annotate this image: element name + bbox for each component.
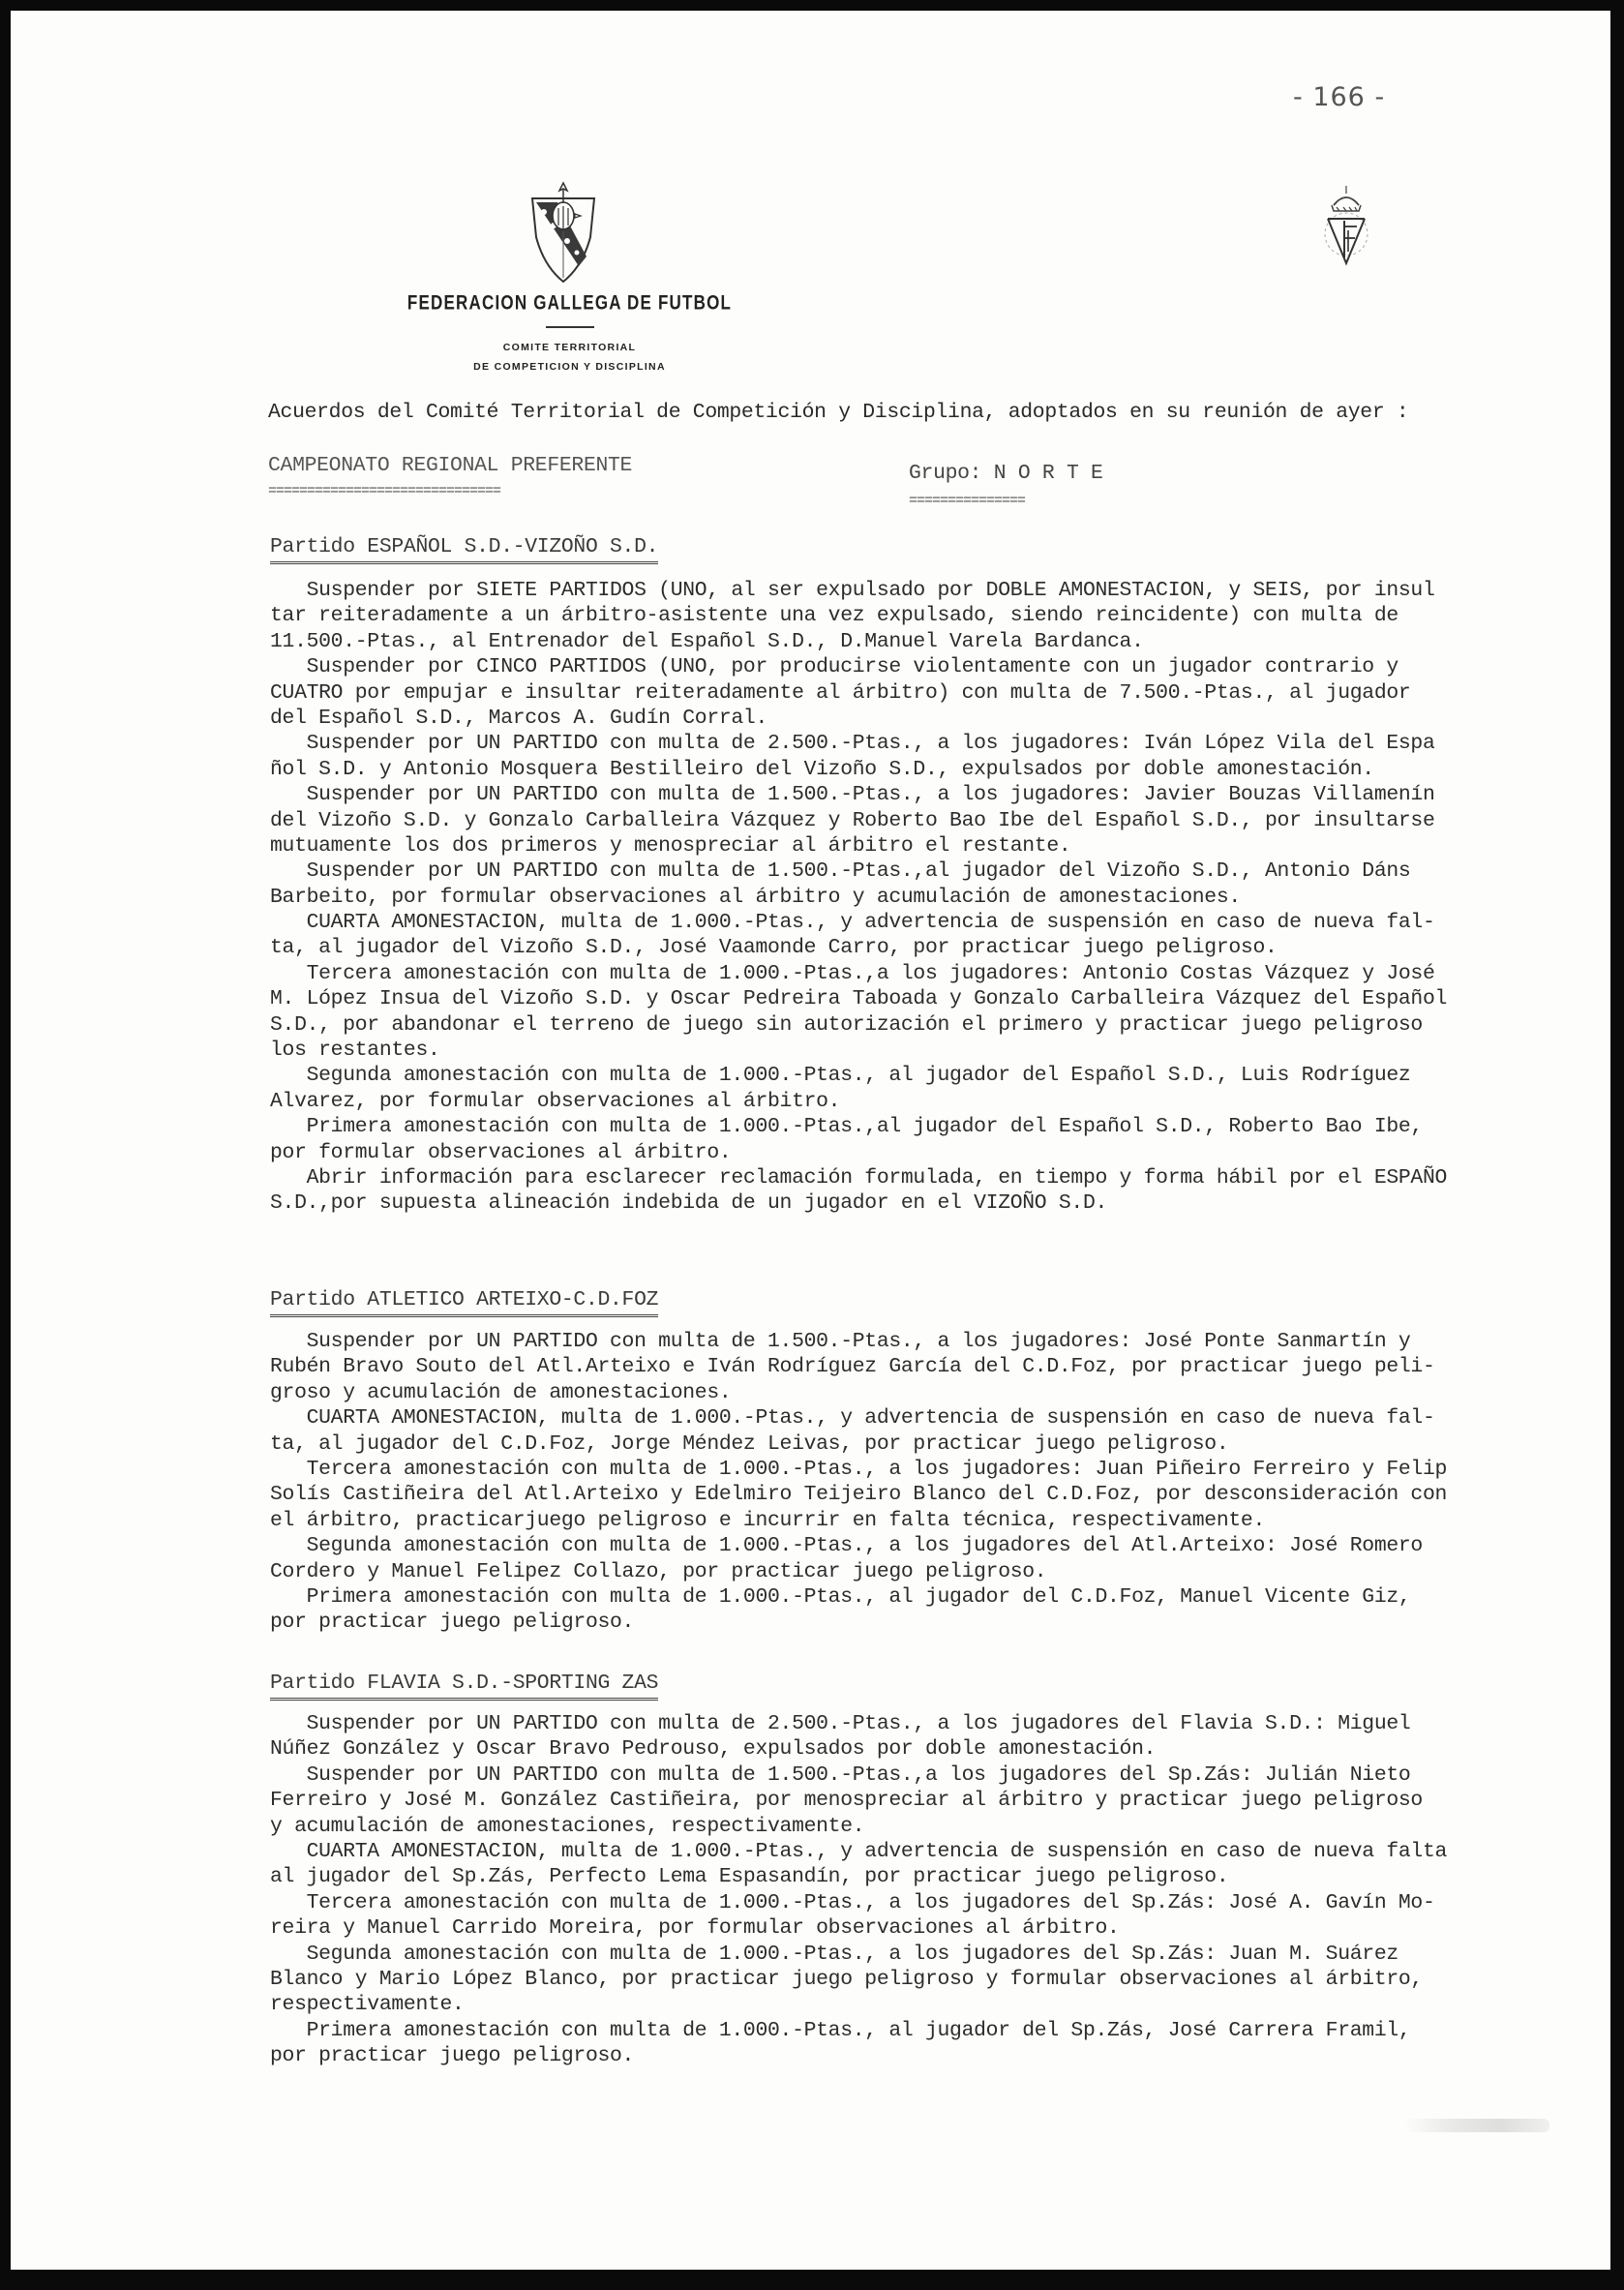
text-line: CUARTA AMONESTACION, multa de 1.000.-Pta…	[270, 1405, 1581, 1431]
text-line: Solís Castiñeira del Atl.Arteixo y Edelm…	[270, 1482, 1581, 1507]
intro-statement: Acuerdos del Comité Territorial de Compe…	[268, 401, 1408, 424]
text-line: Suspender por UN PARTIDO con multa de 2.…	[270, 731, 1581, 756]
federation-name: FEDERACION GALLEGA DE FUTBOL	[398, 291, 741, 316]
text-line: CUARTA AMONESTACION, multa de 1.000.-Pta…	[270, 910, 1581, 935]
letterhead-divider	[546, 326, 594, 328]
text-line: por formular observaciones al árbitro.	[270, 1140, 1581, 1165]
text-line: Núñez González y Oscar Bravo Pedrouso, e…	[270, 1736, 1581, 1762]
text-line: Segunda amonestación con multa de 1.000.…	[270, 1063, 1581, 1088]
text-line: por practicar juego peligroso.	[270, 1610, 1581, 1635]
match-title: Partido ATLETICO ARTEIXO-C.D.FOZ	[270, 1288, 658, 1317]
text-line: S.D.,por supuesta alineación indebida de…	[270, 1190, 1581, 1216]
text-line: Alvarez, por formular observaciones al á…	[270, 1089, 1581, 1114]
text-line: del Vizoño S.D. y Gonzalo Carballeira Vá…	[270, 808, 1581, 833]
text-line: del Español S.D., Marcos A. Gudín Corral…	[270, 706, 1581, 731]
text-line: S.D., por abandonar el terreno de juego …	[270, 1012, 1581, 1038]
text-line: Suspender por UN PARTIDO con multa de 1.…	[270, 1763, 1581, 1788]
page-number: - 166 -	[1293, 82, 1385, 112]
text-line: Tercera amonestación con multa de 1.000.…	[270, 1457, 1581, 1482]
text-line: al jugador del Sp.Zás, Perfecto Lema Esp…	[270, 1864, 1581, 1889]
match-sanctions: Suspender por UN PARTIDO con multa de 1.…	[270, 1329, 1581, 1636]
text-line: Rubén Bravo Souto del Atl.Arteixo e Iván…	[270, 1354, 1581, 1379]
text-line: Suspender por UN PARTIDO con multa de 1.…	[270, 1329, 1581, 1354]
text-line: Ferreiro y José M. González Castiñeira, …	[270, 1788, 1581, 1813]
text-line: respectivamente.	[270, 1992, 1581, 2017]
match-sanctions: Suspender por UN PARTIDO con multa de 2.…	[270, 1711, 1581, 2068]
text-line: CUARTA AMONESTACION, multa de 1.000.-Pta…	[270, 1839, 1581, 1864]
match-sanctions: Suspender por SIETE PARTIDOS (UNO, al se…	[270, 578, 1581, 1217]
text-line: Segunda amonestación con multa de 1.000.…	[270, 1533, 1581, 1558]
text-line: Tercera amonestación con multa de 1.000.…	[270, 1890, 1581, 1915]
match-title: Partido ESPAÑOL S.D.-VIZOÑO S.D.	[270, 535, 658, 564]
group-underline: ===============	[909, 493, 1025, 509]
text-line: Tercera amonestación con multa de 1.000.…	[270, 961, 1581, 986]
text-line: ta, al jugador del Vizoño S.D., José Vaa…	[270, 935, 1581, 960]
committee-line-1: COMITE TERRITORIAL	[398, 338, 741, 357]
text-line: los restantes.	[270, 1038, 1581, 1063]
championship-title: CAMPEONATO REGIONAL PREFERENTE	[268, 454, 632, 477]
group-label: Grupo: N O R T E	[909, 462, 1103, 485]
text-line: 11.500.-Ptas., al Entrenador del Español…	[270, 629, 1581, 654]
royal-spanish-football-federation-crest-icon	[1312, 180, 1380, 272]
text-line: por practicar juego peligroso.	[270, 2043, 1581, 2068]
text-line: Segunda amonestación con multa de 1.000.…	[270, 1942, 1581, 1967]
letterhead: FEDERACION GALLEGA DE FUTBOL COMITE TERR…	[398, 293, 741, 377]
galician-football-federation-shield-icon	[525, 177, 602, 284]
match-title: Partido FLAVIA S.D.-SPORTING ZAS	[270, 1672, 658, 1701]
text-line: y acumulación de amonestaciones, respect…	[270, 1814, 1581, 1839]
text-line: reira y Manuel Carrido Moreira, por form…	[270, 1915, 1581, 1941]
text-line: Suspender por UN PARTIDO con multa de 1.…	[270, 859, 1581, 884]
faded-stamp-mark	[1404, 2119, 1549, 2132]
text-line: mutuamente los dos primeros y menospreci…	[270, 833, 1581, 859]
text-line: Primera amonestación con multa de 1.000.…	[270, 2018, 1581, 2043]
text-line: Suspender por UN PARTIDO con multa de 1.…	[270, 782, 1581, 807]
text-line: Suspender por UN PARTIDO con multa de 2.…	[270, 1711, 1581, 1736]
text-line: Blanco y Mario López Blanco, por practic…	[270, 1967, 1581, 1992]
text-line: M. López Insua del Vizoño S.D. y Oscar P…	[270, 986, 1581, 1011]
championship-underline: ==============================	[268, 483, 500, 499]
text-line: groso y acumulación de amonestaciones.	[270, 1380, 1581, 1405]
text-line: CUATRO por empujar e insultar reiteradam…	[270, 680, 1581, 706]
text-line: Suspender por SIETE PARTIDOS (UNO, al se…	[270, 578, 1581, 603]
text-line: Primera amonestación con multa de 1.000.…	[270, 1584, 1581, 1610]
committee-line-2: DE COMPETICION Y DISCIPLINA	[398, 357, 741, 377]
text-line: el árbitro, practicarjuego peligroso e i…	[270, 1508, 1581, 1533]
text-line: ñol S.D. y Antonio Mosquera Bestilleiro …	[270, 757, 1581, 782]
text-line: Barbeito, por formular observaciones al …	[270, 885, 1581, 910]
document-page: - 166 - FEDERACION GALLEGA DE FUTBOL C	[11, 11, 1610, 2270]
text-line: ta, al jugador del C.D.Foz, Jorge Méndez…	[270, 1431, 1581, 1457]
text-line: Cordero y Manuel Felipez Collazo, por pr…	[270, 1559, 1581, 1584]
text-line: Suspender por CINCO PARTIDOS (UNO, por p…	[270, 654, 1581, 679]
text-line: Primera amonestación con multa de 1.000.…	[270, 1114, 1581, 1139]
text-line: Abrir información para esclarecer reclam…	[270, 1165, 1581, 1190]
text-line: tar reiteradamente a un árbitro-asistent…	[270, 603, 1581, 628]
